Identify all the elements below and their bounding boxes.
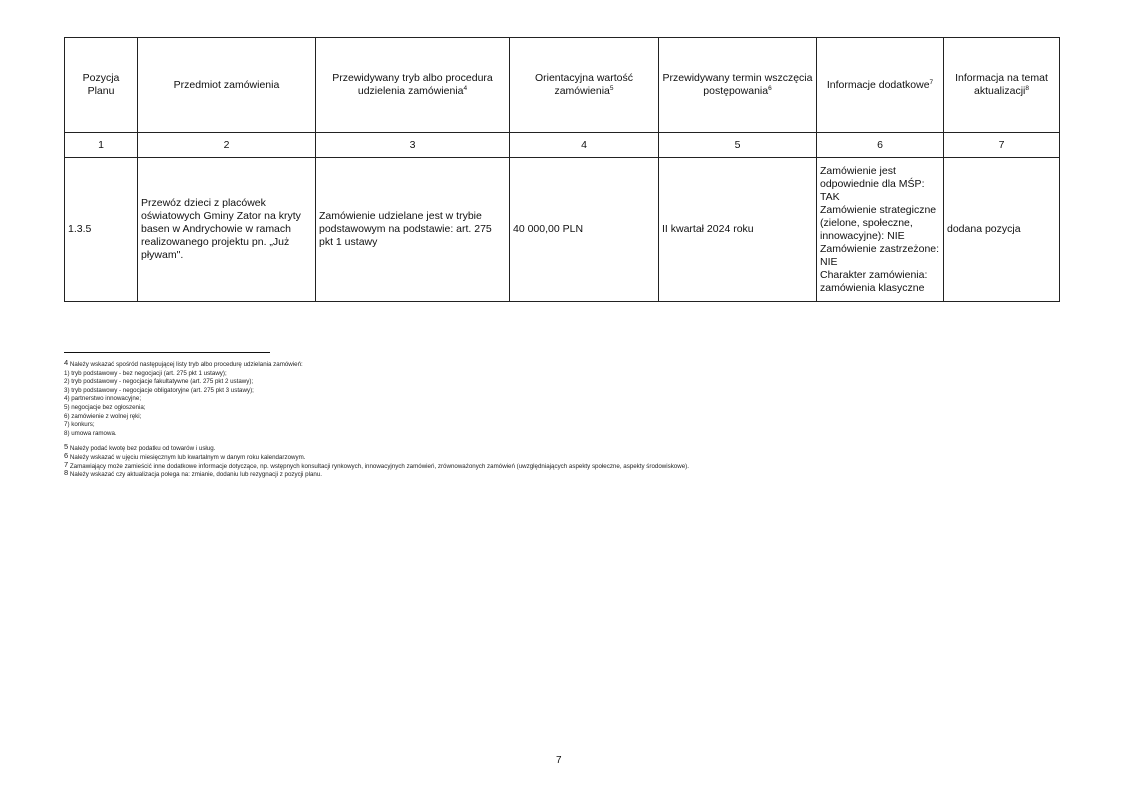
footnote-8: 8 Należy wskazać czy aktualizacja polega…: [64, 471, 689, 480]
column-number: 2: [138, 133, 316, 158]
footnote-list-item: 1) tryb podstawowy - bez negocjacji (art…: [64, 370, 689, 379]
cell-term: II kwartał 2024 roku: [659, 158, 817, 302]
column-number: 6: [817, 133, 944, 158]
footnote-text: Należy wskazać w ujęciu miesięcznym lub …: [70, 454, 306, 461]
column-number: 7: [944, 133, 1060, 158]
footnote-mark: 8: [64, 468, 68, 477]
info-line: Zamówienie jest odpowiednie dla MŚP: TAK: [820, 165, 940, 204]
footnote-text: Zamawiający może zamieścić inne dodatkow…: [70, 463, 689, 470]
table-row: 1.3.5 Przewóz dzieci z placówek oświatow…: [65, 158, 1060, 302]
footnote-list-item: 8) umowa ramowa.: [64, 430, 689, 439]
footnote-6: 6 Należy wskazać w ujęciu miesięcznym lu…: [64, 454, 689, 463]
procurement-plan-table: Pozycja Planu Przedmiot zamówienia Przew…: [64, 37, 1060, 302]
header-term: Przewidywany termin wszczęcia postępowan…: [659, 38, 817, 133]
info-line: Zamówienie zastrzeżone: NIE: [820, 243, 940, 269]
header-value: Orientacyjna wartość zamówienia5: [510, 38, 659, 133]
footnote-list-item: 6) zamówienie z wolnej ręki;: [64, 413, 689, 422]
header-position: Pozycja Planu: [65, 38, 138, 133]
info-line: Charakter zamówienia: zamówienia klasycz…: [820, 269, 940, 295]
footnote-ref: 6: [768, 85, 772, 92]
footnote-list-item: 4) partnerstwo innowacyjne;: [64, 395, 689, 404]
header-update-info: Informacja na temat aktualizacji8: [944, 38, 1060, 133]
header-additional-info: Informacje dodatkowe7: [817, 38, 944, 133]
table-header-row: Pozycja Planu Przedmiot zamówienia Przew…: [65, 38, 1060, 133]
cell-procedure: Zamówienie udzielane jest w trybie podst…: [316, 158, 510, 302]
footnote-list-item: 7) konkurs;: [64, 421, 689, 430]
footnote-ref: 4: [464, 85, 468, 92]
footnote-ref: 5: [610, 85, 614, 92]
column-number: 1: [65, 133, 138, 158]
info-line: Zamówienie strategiczne (zielone, społec…: [820, 204, 940, 243]
footnote-text: Należy podać kwotę bez podatku od towaró…: [70, 445, 216, 452]
footnote-5: 5 Należy podać kwotę bez podatku od towa…: [64, 445, 689, 454]
header-procedure: Przewidywany tryb albo procedura udziele…: [316, 38, 510, 133]
footnote-text: Należy wskazać spośród następującej list…: [70, 361, 303, 368]
footnote-ref: 7: [930, 79, 934, 86]
footnote-ref: 8: [1025, 85, 1029, 92]
footnote-separator: [64, 352, 270, 353]
footnote-list-item: 2) tryb podstawowy - negocjacje fakultat…: [64, 378, 689, 387]
footnote-list-item: 3) tryb podstawowy - negocjacje obligato…: [64, 387, 689, 396]
footnote-mark: 4: [64, 358, 68, 367]
footnote-4: 4 Należy wskazać spośród następującej li…: [64, 361, 689, 370]
cell-update-info: dodana pozycja: [944, 158, 1060, 302]
footnote-text: Należy wskazać czy aktualizacja polega n…: [70, 471, 322, 478]
column-number: 4: [510, 133, 659, 158]
cell-value: 40 000,00 PLN: [510, 158, 659, 302]
header-subject: Przedmiot zamówienia: [138, 38, 316, 133]
column-number: 3: [316, 133, 510, 158]
footnote-7: 7 Zamawiający może zamieścić inne dodatk…: [64, 463, 689, 472]
page-number: 7: [556, 755, 562, 766]
footnotes: 4 Należy wskazać spośród następującej li…: [64, 361, 689, 480]
cell-subject: Przewóz dzieci z placówek oświatowych Gm…: [138, 158, 316, 302]
cell-position: 1.3.5: [65, 158, 138, 302]
column-number: 5: [659, 133, 817, 158]
cell-additional-info: Zamówienie jest odpowiednie dla MŚP: TAK…: [817, 158, 944, 302]
column-number-row: 1 2 3 4 5 6 7: [65, 133, 1060, 158]
footnote-list-item: 5) negocjacje bez ogłoszenia;: [64, 404, 689, 413]
